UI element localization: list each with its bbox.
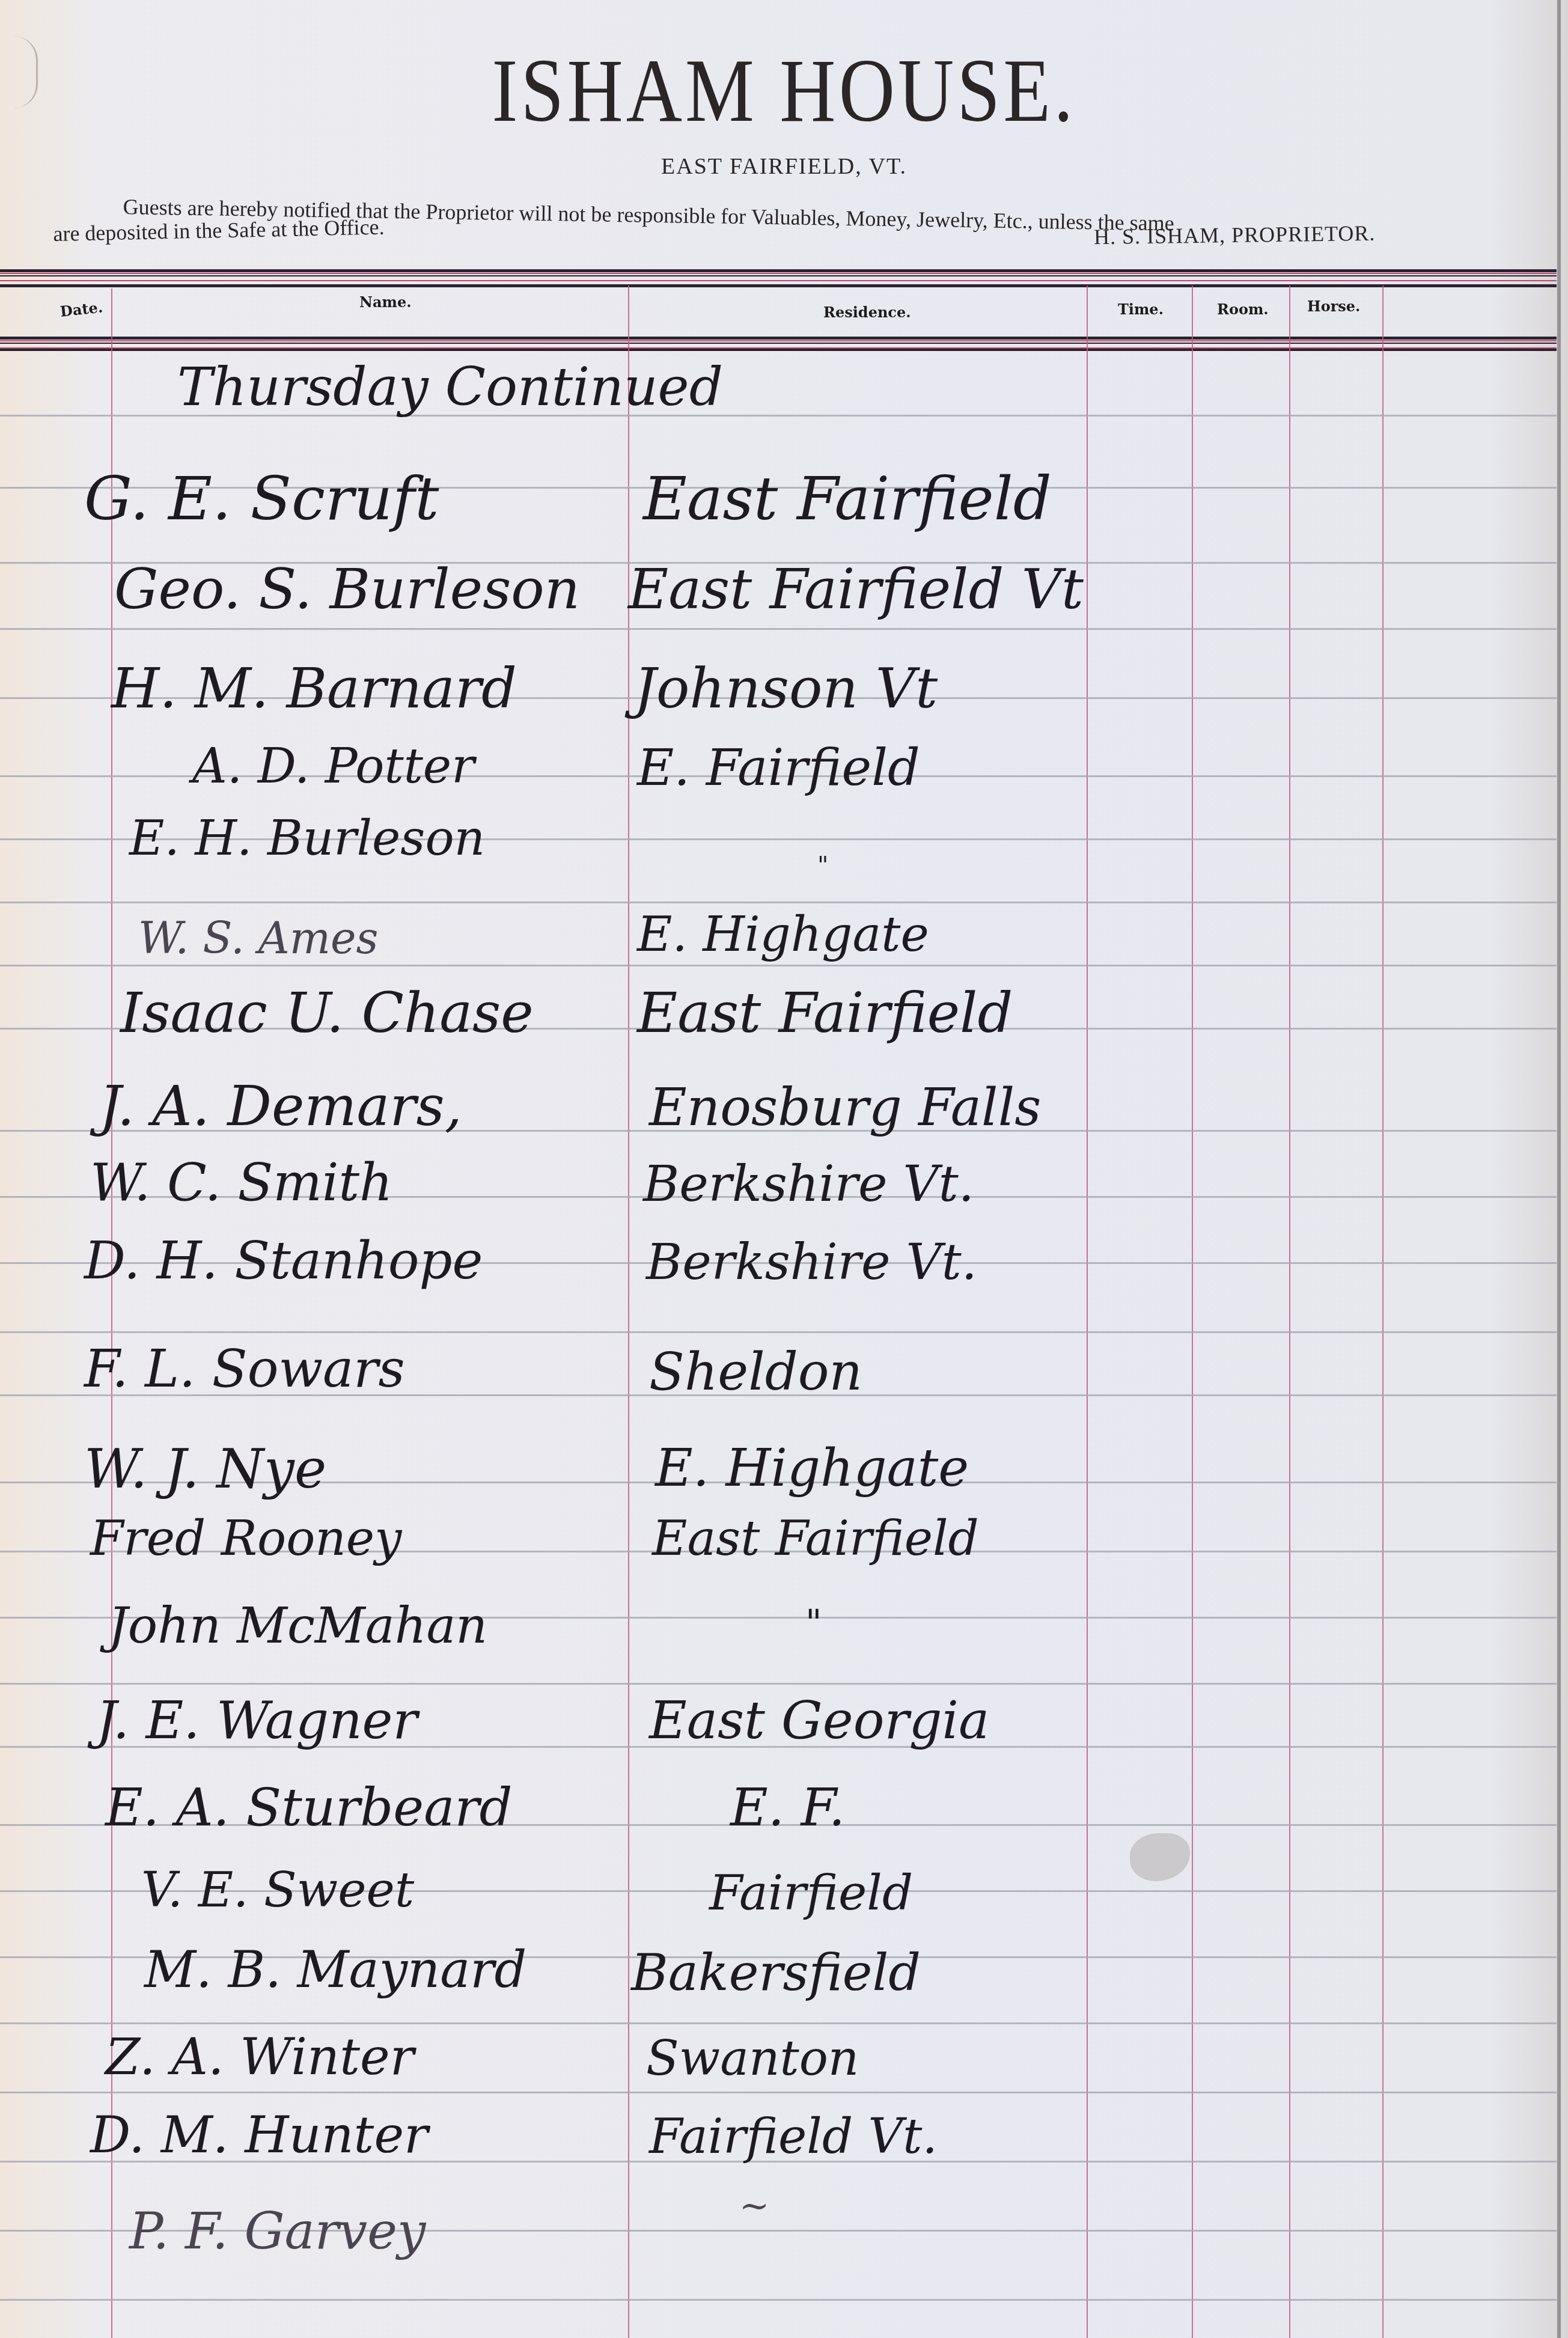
day-heading: Thursday Continued bbox=[177, 361, 723, 414]
column-header-name: Name. bbox=[359, 293, 412, 311]
ruled-line bbox=[0, 2299, 1557, 2301]
ruled-line bbox=[0, 902, 1557, 903]
entry-residence: Johnson Vt bbox=[634, 661, 938, 716]
entry-name: P. F. Garvey bbox=[129, 2206, 426, 2256]
entry-name: Geo. S. Burleson bbox=[114, 562, 580, 617]
column-divider-room bbox=[1289, 285, 1290, 2338]
ruled-line bbox=[0, 2092, 1557, 2093]
proprietor-name: H. S. ISHAM, PROPRIETOR. bbox=[1094, 221, 1376, 250]
entry-residence: Fairfield Vt. bbox=[649, 2113, 938, 2161]
entry-residence: E. Highgate bbox=[655, 1442, 969, 1494]
ink-stain bbox=[1130, 1833, 1190, 1881]
entry-residence: Bakersfield bbox=[631, 1947, 921, 1998]
entry-residence: E. Highgate bbox=[637, 911, 929, 959]
page-binding-edge bbox=[1557, 0, 1561, 2338]
entry-residence: Swanton bbox=[646, 2034, 859, 2083]
ruled-line bbox=[0, 1683, 1557, 1685]
entry-name: J. E. Wagner bbox=[96, 1695, 418, 1747]
entry-name: Fred Rooney bbox=[90, 1515, 401, 1563]
entry-name: F. L. Sowars bbox=[84, 1343, 405, 1395]
column-header-date: Date. bbox=[59, 298, 104, 320]
ruled-line bbox=[0, 1331, 1557, 1333]
entry-name: H. M. Barnard bbox=[111, 661, 517, 716]
entry-name: W. C. Smith bbox=[90, 1157, 392, 1209]
entry-name: A. D. Potter bbox=[192, 742, 474, 790]
entry-name: Z. A. Winter bbox=[105, 2031, 414, 2082]
entry-name: D. M. Hunter bbox=[90, 2110, 428, 2160]
entry-name: M. B. Maynard bbox=[144, 1944, 526, 1995]
entry-residence: E. F. bbox=[730, 1782, 845, 1834]
column-header-room: Room. bbox=[1217, 301, 1269, 318]
entry-residence: E. Fairfield bbox=[637, 742, 920, 793]
torn-page-edge bbox=[0, 36, 38, 108]
column-divider-horse bbox=[1382, 285, 1383, 2338]
hotel-location: EAST FAIRFIELD, VT. bbox=[0, 153, 1568, 180]
header-bottom-rule-band bbox=[0, 337, 1557, 351]
entry-residence-ditto: " bbox=[805, 1605, 822, 1641]
column-header-horse: Horse. bbox=[1307, 298, 1360, 315]
top-rule-band bbox=[0, 269, 1557, 287]
entry-name: D. H. Stanhope bbox=[84, 1235, 483, 1287]
entry-residence: East Fairfield bbox=[637, 986, 1013, 1041]
entry-residence-mark: ~ bbox=[739, 2188, 769, 2224]
entry-name: E. A. Sturbeard bbox=[105, 1782, 513, 1834]
hotel-title: ISHAM HOUSE. bbox=[110, 39, 1459, 142]
register-page: ISHAM HOUSE. EAST FAIRFIELD, VT. Guests … bbox=[0, 0, 1568, 2338]
column-header-time: Time. bbox=[1118, 301, 1164, 318]
notice-line-2: are deposited in the Safe at the Office. bbox=[53, 214, 385, 246]
entry-residence: Berkshire Vt. bbox=[643, 1160, 974, 1209]
column-divider-time bbox=[1192, 285, 1193, 2338]
column-divider-residence bbox=[1087, 285, 1088, 2338]
entry-residence: Berkshire Vt. bbox=[646, 1238, 977, 1287]
entry-residence-ditto: " bbox=[817, 853, 828, 878]
entry-residence: East Fairfield Vt bbox=[628, 562, 1084, 617]
entry-name: V. E. Sweet bbox=[141, 1866, 414, 1914]
column-header-residence: Residence. bbox=[823, 304, 911, 321]
ruled-line bbox=[0, 2022, 1557, 2024]
entry-residence: Sheldon bbox=[649, 1346, 862, 1398]
entry-residence: East Georgia bbox=[649, 1695, 989, 1747]
ruled-line bbox=[0, 628, 1557, 630]
entry-residence: Fairfield bbox=[709, 1869, 913, 1917]
entry-name: Isaac U. Chase bbox=[120, 986, 534, 1041]
entry-name: E. H. Burleson bbox=[129, 814, 485, 862]
entry-name: G. E. Scruft bbox=[84, 469, 439, 529]
entry-name: John McMahan bbox=[108, 1602, 487, 1651]
entry-residence: Enosburg Falls bbox=[649, 1082, 1041, 1134]
entry-residence: East Fairfield bbox=[643, 469, 1052, 529]
entry-name: W. J. Nye bbox=[84, 1442, 326, 1497]
entry-name: J. A. Demars, bbox=[99, 1079, 462, 1134]
entry-name: W. S. Ames bbox=[138, 917, 379, 960]
ruled-line bbox=[0, 965, 1557, 966]
entry-residence: East Fairfield bbox=[652, 1515, 979, 1563]
